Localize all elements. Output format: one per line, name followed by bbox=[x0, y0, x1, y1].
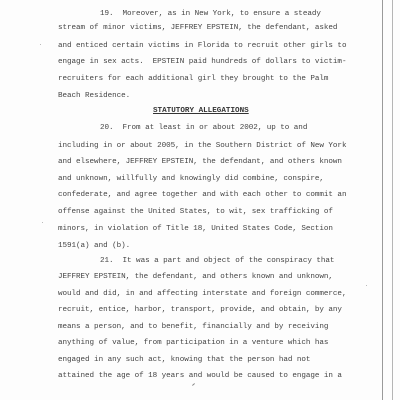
scan-speck bbox=[366, 285, 367, 286]
scan-edge-line-left bbox=[382, 0, 383, 400]
p20-line-8: 1591(a) and (b). bbox=[58, 242, 130, 250]
p19-line-3: and enticed certain victims in Florida t… bbox=[58, 42, 346, 50]
scan-edge-line-right bbox=[392, 0, 393, 400]
p21-line-8: attained the age of 18 years and would b… bbox=[58, 372, 342, 380]
p21-line-4: recruit, entice, harbor, transport, prov… bbox=[58, 306, 342, 314]
p21-line-2: JEFFREY EPSTEIN, the defendant, and othe… bbox=[58, 273, 333, 281]
p19-line-2: stream of minor victims, JEFFREY EPSTEIN… bbox=[58, 24, 337, 32]
p21-line-3: would and did, in and affecting intersta… bbox=[58, 290, 346, 298]
p20-line-3: and elsewhere, JEFFREY EPSTEIN, the defe… bbox=[58, 158, 342, 166]
p19-line-1: 19. Moreover, as in New York, to ensure … bbox=[100, 10, 321, 18]
p19-line-5: recruiters for each additional girl they… bbox=[58, 75, 328, 83]
scan-mark bbox=[192, 383, 195, 386]
section-heading: STATUTORY ALLEGATIONS bbox=[153, 107, 249, 115]
p20-line-6: offense against the United States, to wi… bbox=[58, 208, 333, 216]
p21-line-1: 21. It was a part and object of the cons… bbox=[100, 257, 334, 265]
p20-line-2: including in or about 2005, in the South… bbox=[58, 142, 346, 150]
p20-line-7: minors, in violation of Title 18, United… bbox=[58, 225, 333, 233]
scan-speck bbox=[42, 222, 43, 223]
p19-line-4: engage in sex acts. EPSTEIN paid hundred… bbox=[58, 58, 346, 66]
document-page: 19. Moreover, as in New York, to ensure … bbox=[0, 0, 400, 400]
p20-line-1: 20. From at least in or about 2002, up t… bbox=[100, 124, 307, 132]
p21-line-5: means a person, and to benefit, financia… bbox=[58, 323, 328, 331]
p21-line-7: engaged in any such act, knowing that th… bbox=[58, 356, 310, 364]
p20-line-4: and unknown, willfully and knowingly did… bbox=[58, 175, 324, 183]
scan-speck bbox=[340, 60, 341, 61]
p19-line-6: Beach Residence. bbox=[58, 92, 130, 100]
scan-speck bbox=[40, 44, 41, 45]
p21-line-6: anything of value, from participation in… bbox=[58, 339, 328, 347]
p20-line-5: confederate, and agree together and with… bbox=[58, 191, 346, 199]
